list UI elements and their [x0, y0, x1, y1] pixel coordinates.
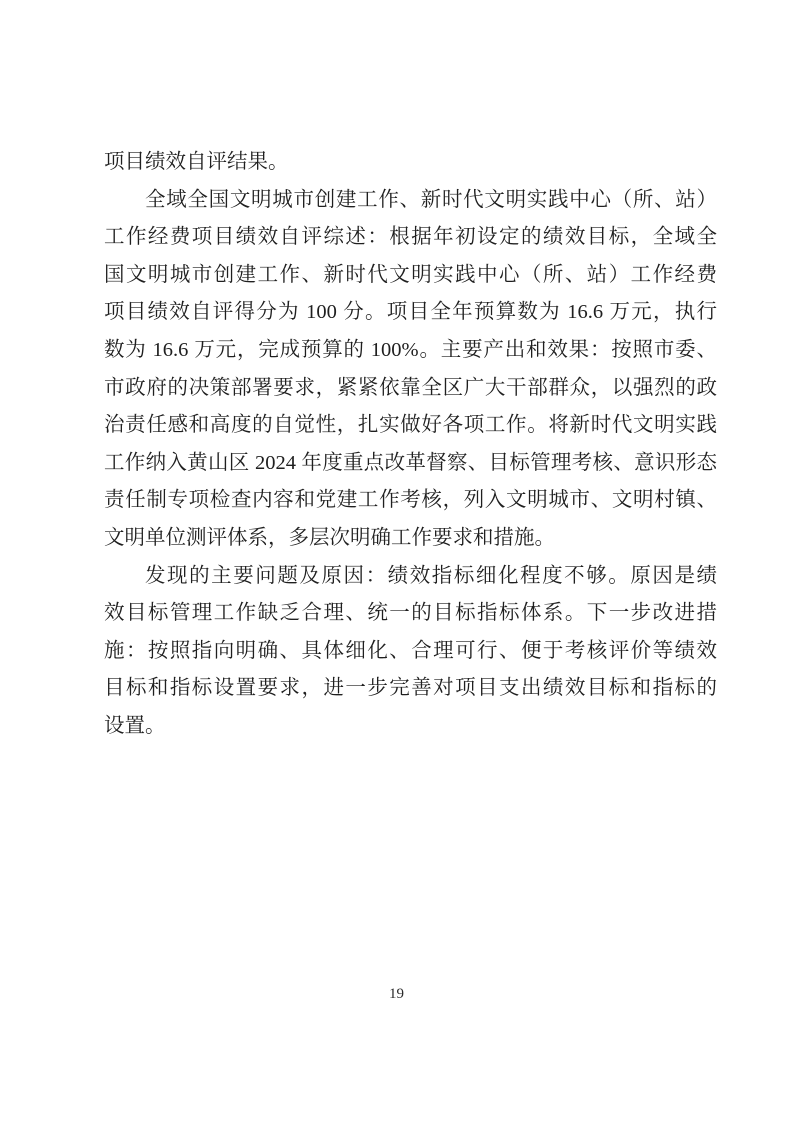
text-line: 国文明城市创建工作、新时代文明实践中心（所、站）工作经费: [104, 257, 717, 295]
text-line: 市政府的决策部署要求，紧紧依靠全区广大干部群众，以强烈的政: [104, 370, 717, 408]
body-text: 项目绩效自评结果。全域全国文明城市创建工作、新时代文明实践中心（所、站）工作经费…: [104, 144, 717, 746]
text-line: 效目标管理工作缺乏合理、统一的目标指标体系。下一步改进措: [104, 595, 717, 633]
text-line: 文明单位测评体系，多层次明确工作要求和措施。: [104, 520, 717, 558]
text-line: 数为 16.6 万元，完成预算的 100%。主要产出和效果：按照市委、: [104, 332, 717, 370]
text-line: 施：按照指向明确、具体细化、合理可行、便于考核评价等绩效: [104, 633, 717, 671]
text-line: 设置。: [104, 708, 717, 746]
text-line: 项目绩效自评结果。: [104, 144, 717, 182]
page-number: 19: [0, 984, 793, 1004]
text-line: 责任制专项检查内容和党建工作考核，列入文明城市、文明村镇、: [104, 482, 717, 520]
text-line: 项目绩效自评得分为 100 分。项目全年预算数为 16.6 万元，执行: [104, 294, 717, 332]
text-line: 目标和指标设置要求，进一步完善对项目支出绩效目标和指标的: [104, 670, 717, 708]
document-page: 项目绩效自评结果。全域全国文明城市创建工作、新时代文明实践中心（所、站）工作经费…: [0, 0, 793, 1122]
text-line: 全域全国文明城市创建工作、新时代文明实践中心（所、站）: [104, 182, 717, 220]
text-line: 工作经费项目绩效自评综述：根据年初设定的绩效目标，全域全: [104, 219, 717, 257]
text-line: 发现的主要问题及原因：绩效指标细化程度不够。原因是绩: [104, 558, 717, 596]
text-line: 工作纳入黄山区 2024 年度重点改革督察、目标管理考核、意识形态: [104, 445, 717, 483]
text-line: 治责任感和高度的自觉性，扎实做好各项工作。将新时代文明实践: [104, 407, 717, 445]
